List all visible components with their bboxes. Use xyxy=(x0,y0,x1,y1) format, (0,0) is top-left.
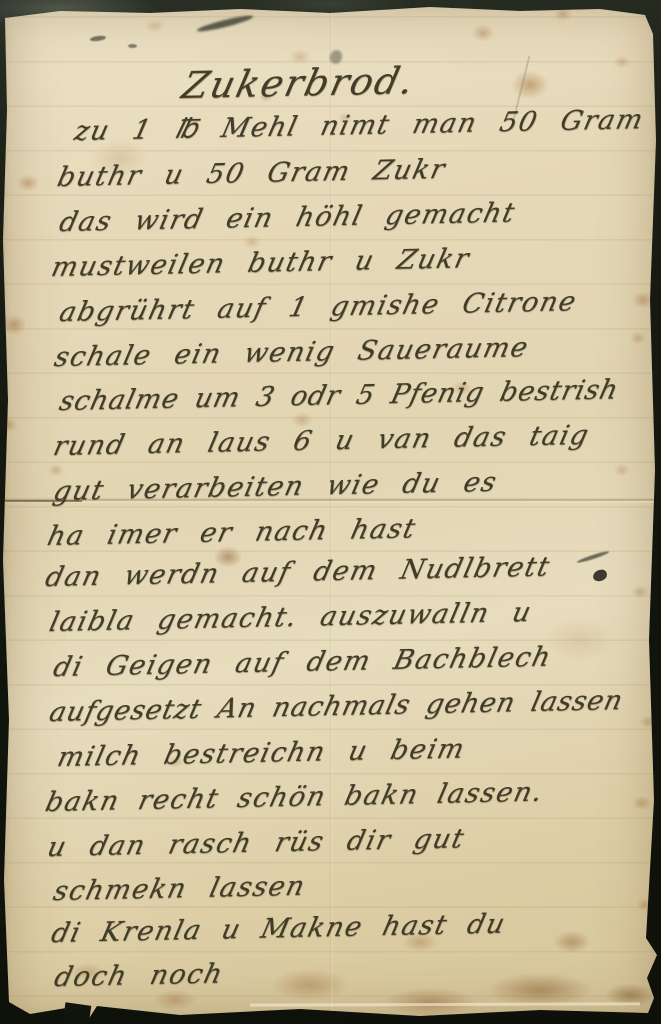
ink-blot xyxy=(576,550,610,564)
curled-edge-highlight xyxy=(250,1002,640,1006)
ruled-lines xyxy=(0,0,661,1024)
handwriting-line-11: dan werdn auf dem Nudlbrett xyxy=(42,552,553,593)
handwriting-line-6: schale ein wenig Saueraume xyxy=(51,332,532,373)
fold-crease-vertical xyxy=(330,0,333,1024)
ink-smudge xyxy=(128,44,137,48)
handwriting-line-19: di Krenla u Makne hast du xyxy=(48,909,509,949)
paper-sheet: Zukerbrod. zu 1 ℔ Mehl nimt man 50 Gram … xyxy=(0,0,661,1024)
handwriting-line-20: doch noch xyxy=(51,958,226,992)
handwriting-line-18: schmekn lassen xyxy=(50,871,308,907)
torn-edge-notch xyxy=(63,1002,92,1024)
handwriting-line-1: zu 1 ℔ Mehl nimt man 50 Gram xyxy=(71,104,647,147)
page-title: Zukerbrod. xyxy=(178,59,420,107)
handwriting-line-7: schalme um 3 odr 5 Pfenig bestrish xyxy=(56,374,621,417)
handwriting-line-16: bakn recht schön bakn lassen. xyxy=(42,777,546,818)
fold-crease-horizontal xyxy=(0,498,661,503)
fold-crease-edge-mark xyxy=(0,500,82,502)
handwriting-line-10: ha imer er nach hast xyxy=(44,513,419,552)
ink-smudge xyxy=(90,35,107,42)
handwriting-line-9: gut verarbeiten wie du es xyxy=(50,467,500,507)
handwriting-line-5: abgrührt auf 1 gmishe Citrone xyxy=(56,286,580,328)
handwriting-line-8: rund an laus 6 u van das taig xyxy=(50,420,592,462)
ink-smudge xyxy=(196,13,254,34)
handwriting-line-4: mustweilen buthr u Zukr xyxy=(48,243,472,283)
ink-smudge xyxy=(328,48,344,65)
ink-blot xyxy=(592,569,608,582)
photo-background: Zukerbrod. zu 1 ℔ Mehl nimt man 50 Gram … xyxy=(0,0,661,1024)
handwriting-line-13: di Geigen auf dem Bachblech xyxy=(50,642,554,683)
handwriting-line-17: u dan rasch rüs dir gut xyxy=(44,823,468,863)
handwriting-line-2: buthr u 50 Gram Zukr xyxy=(54,154,449,193)
handwriting-line-12: laibla gemacht. auszuwalln u xyxy=(46,597,535,638)
paper-scratch xyxy=(512,56,531,124)
handwriting-line-3: das wird ein höhl gemacht xyxy=(56,198,518,238)
stain-layer xyxy=(0,0,661,1024)
handwriting-line-15: milch bestreichn u beim xyxy=(54,734,468,773)
handwriting-line-14: aufgesetzt An nachmals gehen lassen xyxy=(46,685,626,728)
